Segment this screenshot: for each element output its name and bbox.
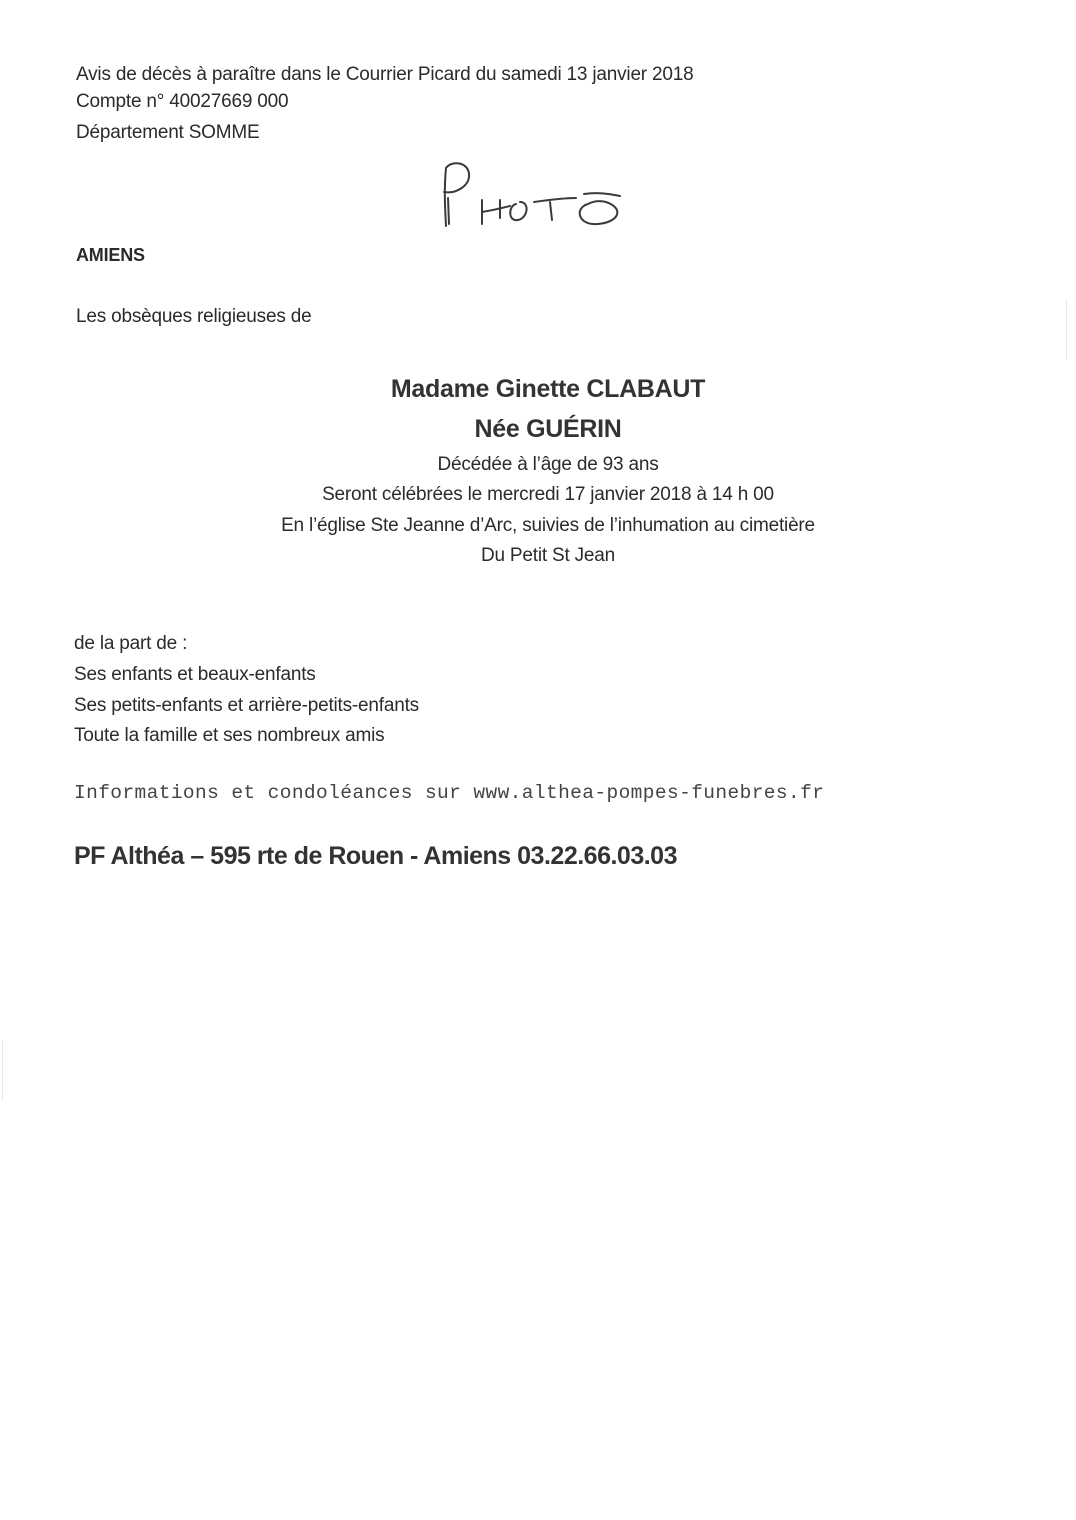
family-line: Ses petits-enfants et arrière-petits-enf… (74, 694, 419, 718)
info-condolences-line: Informations et condoléances sur www.alt… (74, 781, 824, 805)
document-page: Avis de décès à paraître dans le Courrie… (0, 0, 1076, 1520)
cemetery-line: Du Petit St Jean (0, 544, 1076, 568)
maiden-name: Née GUÉRIN (0, 413, 1076, 445)
publication-line: Avis de décès à paraître dans le Courrie… (76, 63, 693, 87)
handwriting-icon (438, 158, 628, 230)
family-line: Ses enfants et beaux-enfants (74, 663, 316, 687)
family-line: Toute la famille et ses nombreux amis (74, 724, 384, 748)
from-label: de la part de : (74, 632, 187, 656)
age-line: Décédée à l’âge de 93 ans (0, 453, 1076, 477)
handwritten-photo-note (438, 158, 628, 230)
scan-artifact (2, 1040, 3, 1100)
account-line: Compte n° 40027669 000 (76, 90, 288, 114)
ceremony-line: Seront célébrées le mercredi 17 janvier … (0, 483, 1076, 507)
funeral-home-footer: PF Althéa – 595 rte de Rouen - Amiens 03… (74, 840, 677, 872)
department-line: Département SOMME (76, 121, 260, 145)
scan-artifact (1066, 300, 1067, 360)
city-heading: AMIENS (76, 243, 145, 267)
intro-text: Les obsèques religieuses de (76, 305, 311, 329)
location-line: En l’église Ste Jeanne d’Arc, suivies de… (0, 514, 1076, 538)
deceased-name: Madame Ginette CLABAUT (0, 373, 1076, 405)
